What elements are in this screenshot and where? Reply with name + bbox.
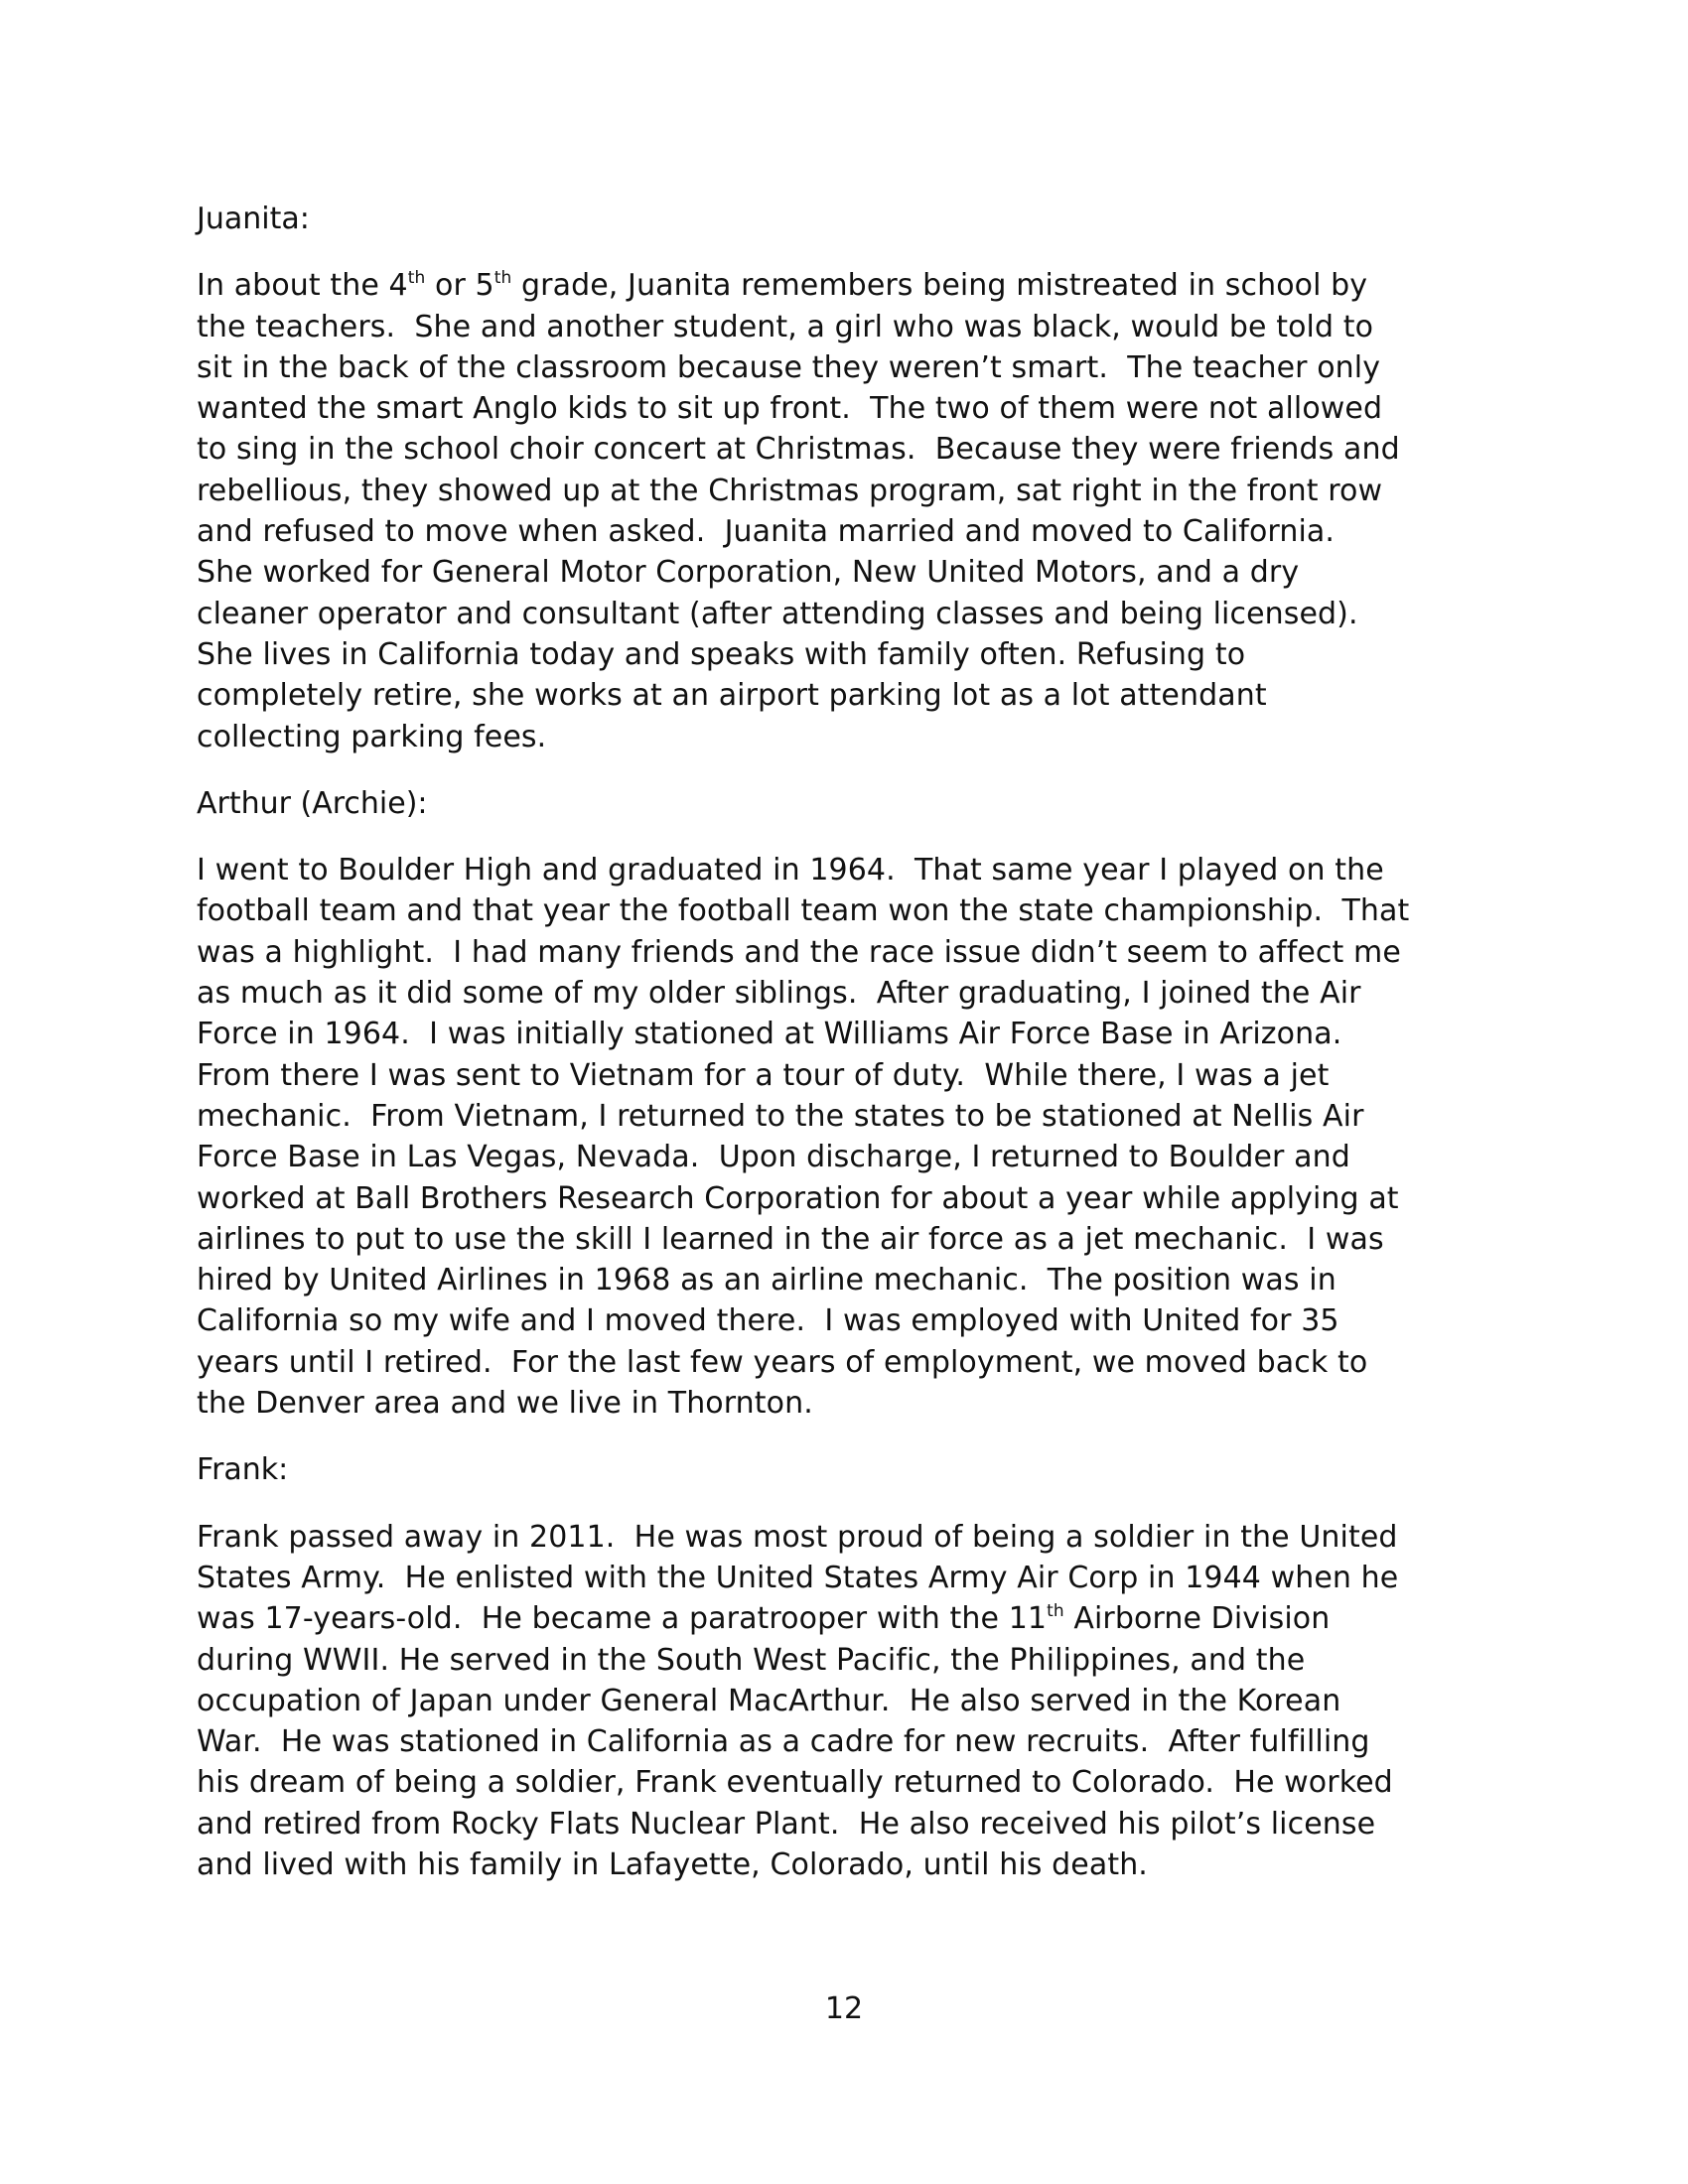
section-arthur: Arthur (Archie): I went to Boulder High … [197, 783, 1507, 1424]
paragraph-line: I went to Boulder High and graduated in … [197, 850, 1507, 890]
paragraph-line: his dream of being a soldier, Frank even… [197, 1762, 1507, 1803]
section-heading: Juanita: [197, 199, 1507, 239]
paragraph-line: wanted the smart Anglo kids to sit up fr… [197, 388, 1507, 429]
text-segment: or 5 [425, 268, 493, 303]
paragraph-line: War. He was stationed in California as a… [197, 1721, 1507, 1762]
paragraph-line: mechanic. From Vietnam, I returned to th… [197, 1096, 1507, 1137]
paragraph-line: as much as it did some of my older sibli… [197, 973, 1507, 1014]
paragraph-line: the teachers. She and another student, a… [197, 307, 1507, 347]
paragraph-line: completely retire, she works at an airpo… [197, 675, 1507, 716]
paragraph-line: and lived with his family in Lafayette, … [197, 1844, 1507, 1885]
paragraph-line: hired by United Airlines in 1968 as an a… [197, 1260, 1507, 1300]
superscript-ordinal: th [408, 268, 426, 288]
text-segment: In about the 4 [197, 268, 408, 303]
section-paragraph: Frank passed away in 2011. He was most p… [197, 1517, 1507, 1886]
paragraph-line: She worked for General Motor Corporation… [197, 552, 1507, 593]
section-juanita: Juanita: In about the 4th or 5th grade, … [197, 199, 1507, 757]
paragraph-line: States Army. He enlisted with the United… [197, 1558, 1507, 1598]
section-heading: Arthur (Archie): [197, 783, 1507, 824]
document-body: Juanita: In about the 4th or 5th grade, … [197, 199, 1507, 1911]
paragraph-line: to sing in the school choir concert at C… [197, 429, 1507, 470]
paragraph-line: rebellious, they showed up at the Christ… [197, 471, 1507, 511]
superscript-ordinal: th [1047, 1601, 1064, 1621]
paragraph-line: the Denver area and we live in Thornton. [197, 1383, 1507, 1424]
paragraph-line: In about the 4th or 5th grade, Juanita r… [197, 265, 1507, 306]
section-frank: Frank: Frank passed away in 2011. He was… [197, 1449, 1507, 1885]
text-segment: Airborne Division [1064, 1601, 1331, 1636]
paragraph-line: Force in 1964. I was initially stationed… [197, 1014, 1507, 1054]
section-paragraph: I went to Boulder High and graduated in … [197, 850, 1507, 1424]
superscript-ordinal: th [494, 268, 512, 288]
paragraph-line: cleaner operator and consultant (after a… [197, 594, 1507, 634]
section-heading: Frank: [197, 1449, 1507, 1490]
paragraph-line: and retired from Rocky Flats Nuclear Pla… [197, 1804, 1507, 1844]
paragraph-line: worked at Ball Brothers Research Corpora… [197, 1178, 1507, 1219]
paragraph-line: was 17-years-old. He became a paratroope… [197, 1598, 1507, 1639]
paragraph-line: California so my wife and I moved there.… [197, 1300, 1507, 1341]
section-paragraph: In about the 4th or 5th grade, Juanita r… [197, 265, 1507, 757]
paragraph-line: occupation of Japan under General MacArt… [197, 1681, 1507, 1721]
paragraph-line: sit in the back of the classroom because… [197, 347, 1507, 388]
text-segment: was 17-years-old. He became a paratroope… [197, 1601, 1047, 1636]
paragraph-line: years until I retired. For the last few … [197, 1342, 1507, 1383]
paragraph-line: collecting parking fees. [197, 717, 1507, 757]
paragraph-line: She lives in California today and speaks… [197, 634, 1507, 675]
paragraph-line: during WWII. He served in the South West… [197, 1640, 1507, 1681]
page-number: 12 [0, 1988, 1688, 2029]
paragraph-line: was a highlight. I had many friends and … [197, 932, 1507, 973]
paragraph-line: football team and that year the football… [197, 890, 1507, 931]
paragraph-line: Frank passed away in 2011. He was most p… [197, 1517, 1507, 1558]
paragraph-line: airlines to put to use the skill I learn… [197, 1219, 1507, 1260]
paragraph-line: and refused to move when asked. Juanita … [197, 511, 1507, 552]
paragraph-line: Force Base in Las Vegas, Nevada. Upon di… [197, 1137, 1507, 1177]
text-segment: grade, Juanita remembers being mistreate… [511, 268, 1367, 303]
paragraph-line: From there I was sent to Vietnam for a t… [197, 1055, 1507, 1096]
